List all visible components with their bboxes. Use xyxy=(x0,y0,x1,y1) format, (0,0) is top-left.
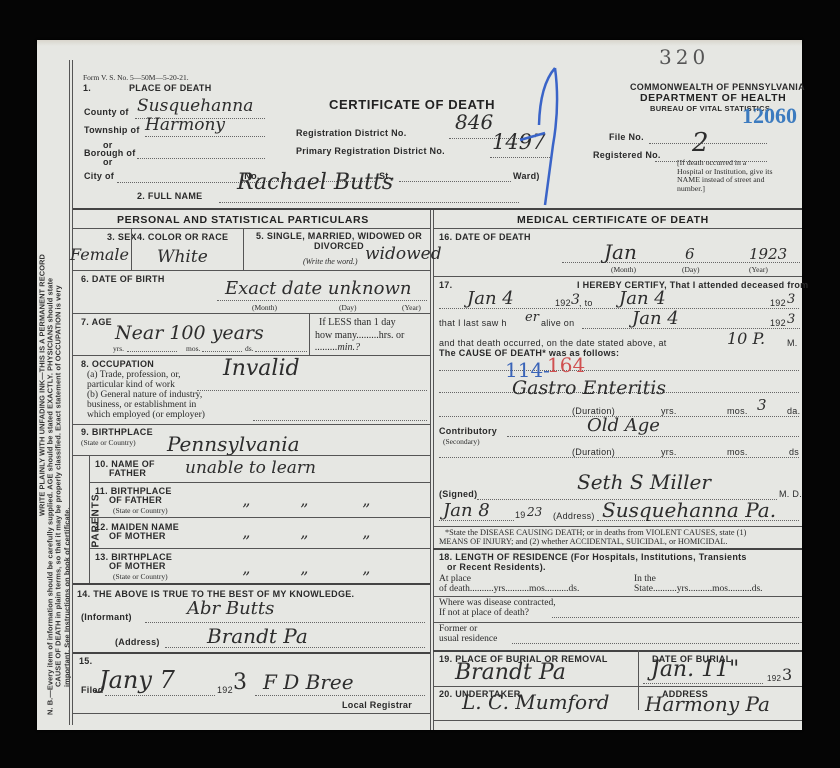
filed-year-suffix: 3 xyxy=(233,670,247,695)
signed-label: (Signed) xyxy=(439,489,477,499)
duration-value: 3 xyxy=(757,396,767,414)
burial-year-suffix: 3 xyxy=(782,665,792,684)
dob-label: 6. DATE OF BIRTH xyxy=(81,274,165,284)
age-value: Near 100 years xyxy=(115,322,264,344)
certification-date: Jan 8 xyxy=(443,500,490,521)
age-mos-label: mos. xyxy=(186,343,200,354)
sex-label: 3. SEX xyxy=(107,232,137,242)
residence-label: 18. LENGTH OF RESIDENCE (For Hospitals, … xyxy=(439,552,747,562)
sign-year-prefix: 19 xyxy=(515,510,526,520)
alive-year-suffix: 3 xyxy=(787,312,795,327)
race-value: White xyxy=(157,247,208,267)
certify-section-number: 17. xyxy=(439,280,452,290)
physician-address-label: (Address) xyxy=(553,511,595,521)
father-birthplace-label-2: OF FATHER xyxy=(109,495,162,505)
race-label: 4. COLOR OR RACE xyxy=(137,232,228,242)
duration-yrs-label-2: yrs. xyxy=(661,447,677,457)
to-year-suffix: 3 xyxy=(787,292,795,307)
full-name-label: 2. FULL NAME xyxy=(137,191,202,201)
less-than-day-label: If LESS than 1 day xyxy=(319,317,396,328)
marital-value: widowed xyxy=(365,244,442,264)
township-value: Harmony xyxy=(145,115,225,135)
alive-year-prefix: 192 xyxy=(770,318,786,328)
mother-birthplace-hint: (State or Country) xyxy=(113,571,168,582)
dob-day-label: (Day) xyxy=(339,302,357,313)
parents-label: PARENTS xyxy=(91,493,102,547)
duration-da-label: da. xyxy=(787,406,800,416)
filed-year-prefix: 192 xyxy=(217,685,233,695)
minutes-label: .........min.? xyxy=(315,342,360,353)
informant-address-label: (Address) xyxy=(115,637,160,647)
county-label: County of xyxy=(84,107,129,117)
birthplace-label: 9. BIRTHPLACE xyxy=(81,427,153,437)
registered-number-label: Registered No. xyxy=(593,150,661,160)
from-year-prefix: 192 xyxy=(555,298,571,308)
marital-hint: (Write the word.) xyxy=(303,256,358,267)
certify-statement: I HEREBY CERTIFY, That I attended deceas… xyxy=(577,280,808,290)
death-certificate: WRITE PLAINLY WITH UNFADING INK—THIS IS … xyxy=(37,40,802,730)
birthplace-value: Pennsylvania xyxy=(167,432,300,456)
sign-year-suffix: 23 xyxy=(527,505,542,519)
usual-residence-label: usual residence xyxy=(439,634,497,645)
alive-on-label: alive on xyxy=(541,318,574,328)
registrar-value: F D Bree xyxy=(263,670,354,694)
age-ds-label: ds. xyxy=(245,343,254,354)
form-number: Form V. S. No. 5—50M—5-20-21. xyxy=(83,72,189,83)
duration-mos-label-2: mos. xyxy=(727,447,748,457)
border-line xyxy=(72,60,73,725)
hospital-note: [If death occurred in a Hospital or Inst… xyxy=(677,159,773,193)
dod-month-label: (Month) xyxy=(611,264,636,275)
md-label: M. D. xyxy=(779,489,802,499)
secondary-label: (Secondary) xyxy=(443,436,480,447)
to-label: , to xyxy=(579,298,593,308)
contributory-label: Contributory xyxy=(439,426,497,436)
contributory-value: Old Age xyxy=(587,415,660,436)
if-not-at-place-label: If not at place of death? xyxy=(439,608,529,619)
registered-number-value: 2 xyxy=(692,128,709,158)
cause-of-death-value: Gastro Enteritis xyxy=(512,377,666,399)
border-line xyxy=(69,60,70,725)
attended-to-date: Jan 4 xyxy=(619,288,666,309)
undertaker-address-value: Harmony Pa xyxy=(645,692,770,716)
footnote-line-1: *State the DISEASE CAUSING DEATH; or in … xyxy=(445,528,746,537)
of-death-duration: of death..........yrs..........mos......… xyxy=(439,584,579,595)
father-name-value: unable to learn xyxy=(185,458,316,478)
in-state-duration: State..........yrs..........mos.........… xyxy=(634,584,763,595)
file-stamp: 12060 xyxy=(742,103,797,129)
file-number-label: File No. xyxy=(609,132,644,142)
dod-day-label: (Day) xyxy=(682,264,700,275)
duration-label-2: (Duration) xyxy=(572,447,615,457)
filed-date-value: Jany 7 xyxy=(99,666,175,694)
township-label: Township of xyxy=(84,125,140,135)
age-label: 7. AGE xyxy=(81,317,112,327)
dob-value: Exact date unknown xyxy=(225,278,411,299)
full-name-value: Rachael Butts xyxy=(237,170,393,195)
date-of-death-month: Jan xyxy=(604,240,637,264)
sidebar-line-4: important. See Instructions on book of c… xyxy=(63,55,71,715)
place-of-death-label: PLACE OF DEATH xyxy=(129,83,212,93)
how-many-label: how many.........hrs. or xyxy=(315,330,404,341)
mother-name-label-2: OF MOTHER xyxy=(109,531,166,541)
dod-year-label: (Year) xyxy=(749,264,768,275)
time-of-death: 10 P. xyxy=(727,329,765,348)
top-number: 320 xyxy=(659,45,709,69)
informant-label: (Informant) xyxy=(81,612,132,622)
sex-value: Female xyxy=(70,245,129,264)
age-yrs-label: yrs. xyxy=(113,343,124,354)
registration-district-label: Registration District No. xyxy=(296,128,407,138)
mother-birthplace-label-2: OF MOTHER xyxy=(109,561,166,571)
city-label: City of xyxy=(84,171,114,181)
duration-ds-label-2: ds xyxy=(789,447,799,457)
filed-section-number: 15. xyxy=(79,656,92,666)
instructions-sidebar: WRITE PLAINLY WITH UNFADING INK—THIS IS … xyxy=(37,40,73,730)
physician-address-value: Susquehanna Pa. xyxy=(602,498,776,522)
physician-signature: Seth S Miller xyxy=(577,470,711,494)
death-occurred-label: and that death occurred, on the date sta… xyxy=(439,338,667,348)
last-saw-label: that I last saw h xyxy=(439,318,507,328)
informant-value: Abr Butts xyxy=(187,598,274,619)
birthplace-hint: (State or Country) xyxy=(81,437,136,448)
undertaker-value: L. C. Mumford xyxy=(462,690,609,714)
father-birthplace-hint: (State or Country) xyxy=(113,505,168,516)
dob-month-label: (Month) xyxy=(252,302,277,313)
primary-district-label: Primary Registration District No. xyxy=(296,146,445,156)
or-label: or xyxy=(103,157,113,167)
medical-heading: MEDICAL CERTIFICATE OF DEATH xyxy=(517,214,709,226)
date-of-death-day: 6 xyxy=(685,245,695,263)
registrar-label: Local Registrar xyxy=(342,700,412,710)
section-number: 1. xyxy=(83,83,91,93)
commonwealth-label: COMMONWEALTH OF PENNSYLVANIA xyxy=(630,82,805,92)
dob-year-label: (Year) xyxy=(402,302,421,313)
date-of-death-label: 16. DATE OF DEATH xyxy=(439,232,531,242)
attended-from-date: Jan 4 xyxy=(467,288,514,309)
county-value: Susquehanna xyxy=(137,96,253,116)
blue-pencil-mark xyxy=(515,65,585,210)
duration-mos-label: mos. xyxy=(727,406,748,416)
occupation-value: Invalid xyxy=(223,356,300,381)
footnote-line-2: MEANS OF INJURY; and (2) whether ACCIDEN… xyxy=(439,537,727,546)
last-seen-alive-date: Jan 4 xyxy=(632,308,679,329)
cause-of-death-label: The CAUSE OF DEATH* was as follows: xyxy=(439,348,619,358)
residence-label-2: or Recent Residents). xyxy=(447,562,546,572)
burial-year-prefix: 192 xyxy=(767,674,781,683)
occupation-label: 8. OCCUPATION xyxy=(81,359,154,369)
occupation-b3-label: which employed (or employer) xyxy=(87,410,205,421)
to-year-prefix: 192 xyxy=(770,298,786,308)
date-of-death-year: 1923 xyxy=(749,245,787,263)
meridiem-label: M. xyxy=(787,338,798,348)
father-name-label-2: FATHER xyxy=(109,468,146,478)
registration-district-value: 846 xyxy=(455,110,493,134)
duration-yrs-label: yrs. xyxy=(661,406,677,416)
burial-date-value: Jan. 11" xyxy=(651,657,739,682)
informant-address-value: Brandt Pa xyxy=(207,624,308,648)
last-saw-pronoun: er xyxy=(525,310,539,325)
classification-code-red: 164 xyxy=(547,353,585,377)
personal-heading: PERSONAL AND STATISTICAL PARTICULARS xyxy=(117,214,369,226)
burial-place-value: Brandt Pa xyxy=(455,660,566,685)
